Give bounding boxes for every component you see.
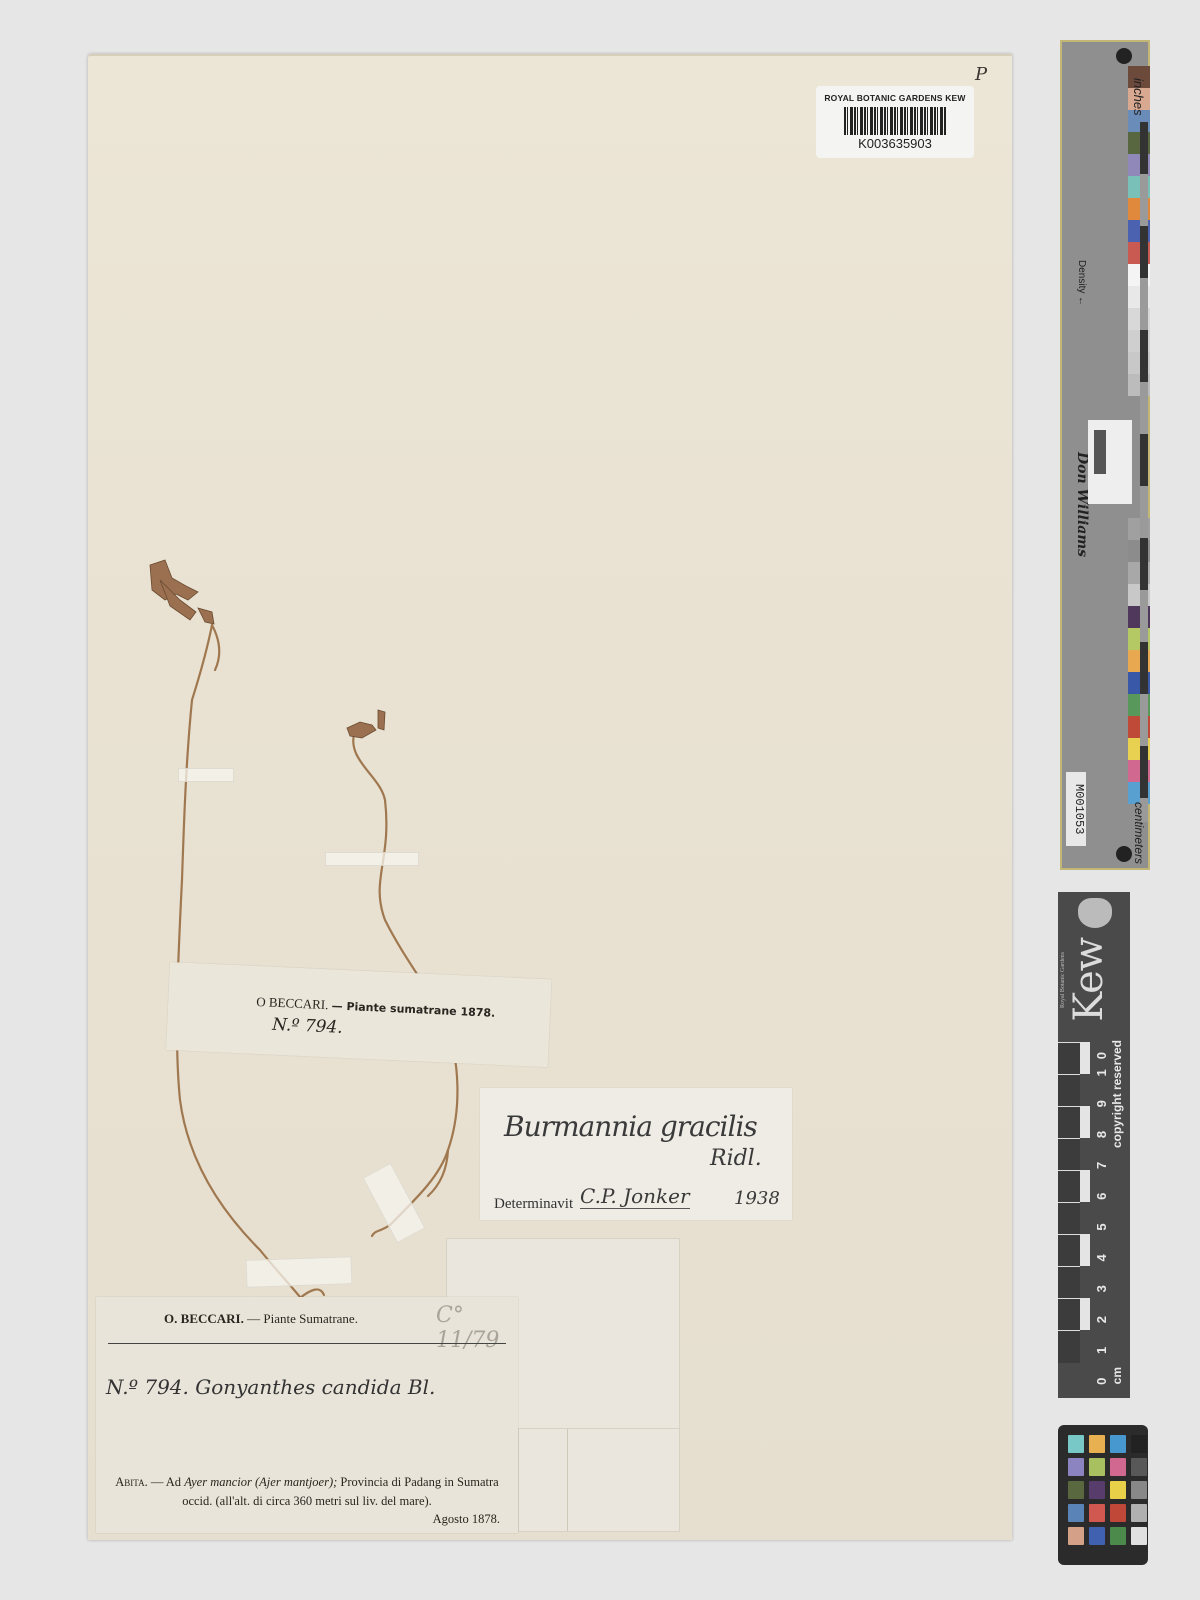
collector-label: O BECCARI. — Piante sumatrane 1878. N.º …	[166, 962, 552, 1067]
checker-cell	[1068, 1458, 1084, 1476]
determinavit-label: Determinavit	[494, 1196, 573, 1213]
cm-scale-bars	[1058, 1042, 1092, 1362]
density-gauge	[1088, 420, 1132, 504]
color-ruler: inches centimeters Density ← Don William…	[1060, 40, 1150, 870]
centimeters-label: centimeters	[1132, 802, 1146, 864]
checker-cell	[1089, 1504, 1105, 1522]
checker-cell	[1068, 1481, 1084, 1499]
barcode-number: K003635903	[816, 136, 974, 151]
color-checker-card	[1058, 1425, 1148, 1565]
main-label-header: O. BECCARI. — Piante Sumatrane.	[96, 1311, 426, 1327]
divider	[108, 1343, 506, 1344]
determination-label: Burmannia gracilis Ridl. Determinavit C.…	[480, 1088, 792, 1220]
mounting-strip	[178, 768, 234, 782]
inches-label: inches	[1131, 78, 1146, 116]
packet-fold	[567, 1429, 568, 1531]
taxon-authority: Ridl.	[710, 1146, 762, 1171]
color-checker-grid	[1068, 1435, 1147, 1545]
corner-mark: P	[975, 64, 987, 85]
ruler-scale	[1140, 122, 1148, 822]
barcode-label: ROYAL BOTANIC GARDENS KEW K003635903	[816, 86, 974, 158]
determiner-signature: C.P. Jonker	[580, 1184, 690, 1209]
pencil-annotation: C° 11/79	[436, 1303, 518, 1353]
royal-crest-icon	[1078, 898, 1112, 928]
copyright-text: copyright reserved	[1110, 1040, 1124, 1148]
fragment-packet-lower	[518, 1428, 680, 1532]
locality-text: Abita. — Ad Ayer mancior (Ajer mantjoer)…	[106, 1473, 508, 1511]
collector-name: O BECCARI.	[256, 994, 329, 1012]
kew-logo: Kew	[1066, 938, 1112, 1022]
checker-cell	[1110, 1458, 1126, 1476]
checker-cell	[1089, 1481, 1105, 1499]
locality-prefix: Abita.	[115, 1475, 147, 1489]
ruler-id-tag: M001053	[1066, 772, 1086, 846]
collector-name: O. BECCARI.	[164, 1311, 244, 1326]
checker-cell	[1110, 1504, 1126, 1522]
collection-title: — Piante sumatrane 1878.	[331, 999, 495, 1019]
locality-dash: — Ad	[148, 1475, 184, 1489]
checker-cell	[1089, 1527, 1105, 1545]
checker-cell	[1131, 1458, 1147, 1476]
density-label: Density ←	[1076, 260, 1087, 306]
barcode-icon	[844, 107, 946, 135]
ruler-hole-icon	[1116, 48, 1132, 64]
mounting-strip	[246, 1256, 353, 1288]
checker-cell	[1131, 1504, 1147, 1522]
checker-cell	[1110, 1435, 1126, 1453]
gauge-bar	[1094, 430, 1106, 474]
determination-year: 1938	[734, 1188, 780, 1209]
collector-number: N.º 794.	[272, 1015, 343, 1038]
checker-cell	[1068, 1527, 1084, 1545]
locality-site: Ayer mancior (Ajer mantjoer);	[184, 1475, 337, 1489]
checker-cell	[1110, 1527, 1126, 1545]
collection-title: — Piante Sumatrane.	[247, 1311, 358, 1326]
checker-cell	[1068, 1435, 1084, 1453]
scale-numbers: 0 1 2 3 4 5 6 7 8 9 10	[1094, 1042, 1109, 1385]
mounting-strip	[325, 852, 419, 866]
checker-cell	[1089, 1458, 1105, 1476]
checker-cell	[1110, 1481, 1126, 1499]
institution-name: ROYAL BOTANIC GARDENS KEW	[816, 93, 974, 103]
ruler-hole-icon	[1116, 846, 1132, 862]
kew-subtitle: Royal Botanic Gardens	[1060, 952, 1066, 1008]
checker-cell	[1068, 1504, 1084, 1522]
checker-cell	[1131, 1435, 1147, 1453]
checker-cell	[1131, 1481, 1147, 1499]
kew-scale-card: Kew Royal Botanic Gardens 0 1 2 3 4 5 6 …	[1058, 892, 1130, 1398]
taxon-name: Burmannia gracilis	[504, 1110, 757, 1143]
checker-cell	[1089, 1435, 1105, 1453]
collection-date: Agosto 1878.	[433, 1512, 500, 1527]
handwritten-number-name: N.º 794. Gonyanthes candida Bl.	[106, 1375, 435, 1399]
cm-label: cm	[1110, 1367, 1124, 1384]
checker-cell	[1131, 1527, 1147, 1545]
main-label: O. BECCARI. — Piante Sumatrane. C° 11/79…	[96, 1297, 518, 1533]
